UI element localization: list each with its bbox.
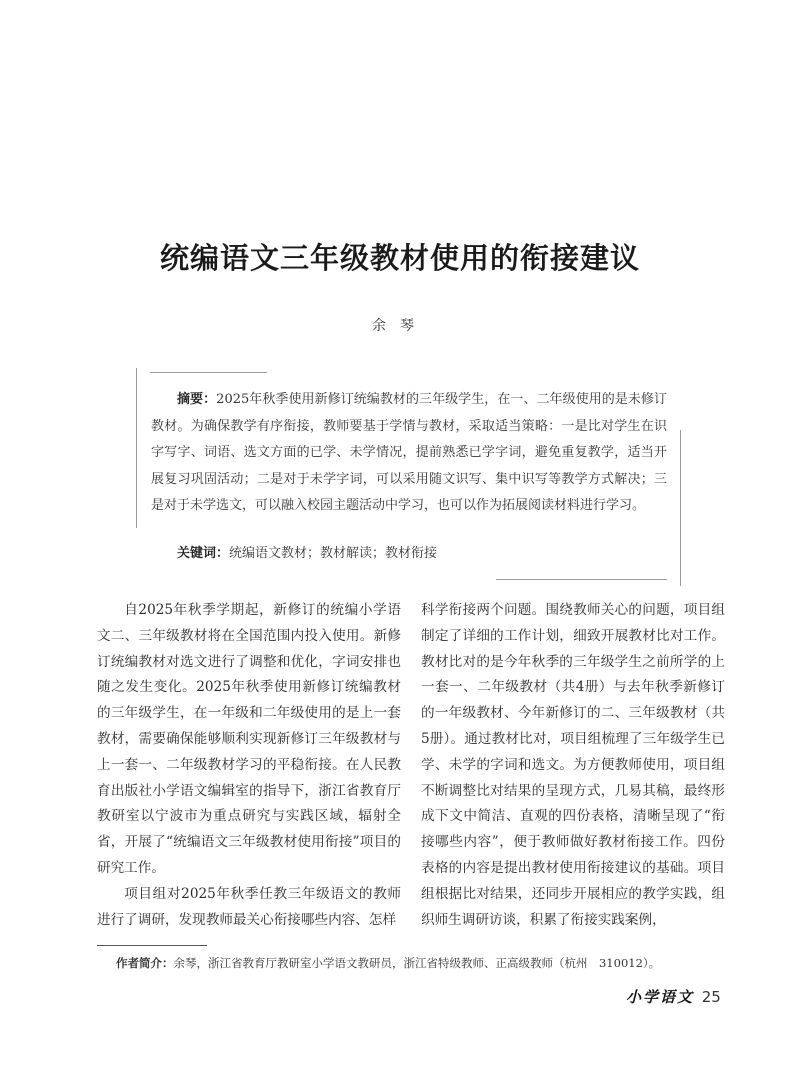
running-footer: 小学语文 25: [626, 986, 721, 1007]
footnote-label: 作者简介：: [116, 956, 174, 970]
author-footnote: 作者简介：余琴，浙江省教育厅教研室小学语文教研员，浙江省特级教师、正高级教师（杭…: [116, 955, 660, 971]
abstract-text: 2025年秋季使用新修订统编教材的三年级学生，在一、二年级使用的是未修订教材。为…: [151, 392, 667, 513]
article-title: 统编语文三年级教材使用的衔接建议: [0, 236, 800, 277]
article-author: 余琴: [0, 315, 800, 335]
abstract-frame-bottom-rule: [496, 579, 667, 580]
body-paragraph: 自2025年秋季学期起，新修订的统编小学语文二、三年级教材将在全国范围内投入使用…: [97, 598, 401, 882]
keywords-label: 关键词：: [177, 546, 229, 561]
body-column-left: 自2025年秋季学期起，新修订的统编小学语文二、三年级教材将在全国范围内投入使用…: [97, 598, 401, 933]
abstract-frame-left-rule: [136, 368, 137, 528]
footnote-rule: [97, 945, 207, 946]
body-paragraph: 项目组对2025年秋季任教三年级语文的教师进行了调研，发现教师最关心衔接哪些内容…: [97, 882, 401, 934]
abstract-frame-top-rule: [150, 372, 267, 373]
page-number: 25: [702, 988, 721, 1006]
keywords-text: 统编语文教材；教材解读；教材衔接: [229, 546, 437, 561]
body-paragraph: 科学衔接两个问题。围绕教师关心的问题，项目组制定了详细的工作计划，细致开展教材比…: [421, 598, 725, 933]
abstract-frame-right-rule: [680, 430, 681, 586]
keywords: 关键词：统编语文教材；教材解读；教材衔接: [151, 542, 667, 561]
body-column-right: 科学衔接两个问题。围绕教师关心的问题，项目组制定了详细的工作计划，细致开展教材比…: [421, 598, 725, 933]
abstract-label: 摘要：: [177, 392, 216, 407]
journal-name: 小学语文: [626, 988, 694, 1006]
abstract: 摘要：2025年秋季使用新修订统编教材的三年级学生，在一、二年级使用的是未修订教…: [151, 387, 667, 520]
footnote-text: 余琴，浙江省教育厅教研室小学语文教研员，浙江省特级教师、正高级教师（杭州 310…: [174, 956, 661, 970]
